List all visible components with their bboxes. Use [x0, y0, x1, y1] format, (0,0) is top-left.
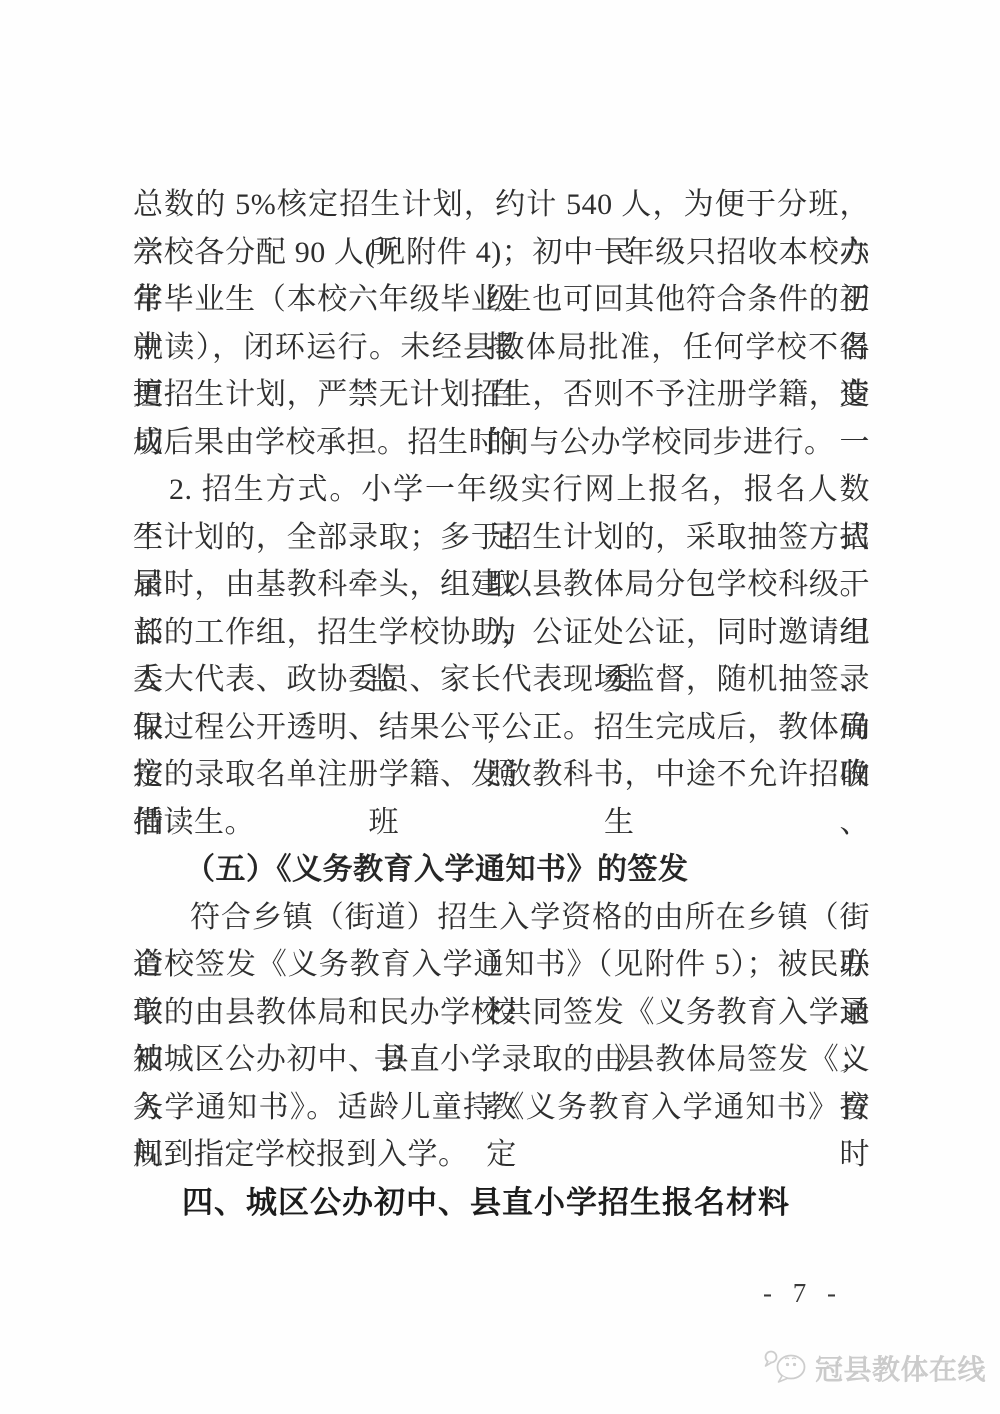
- body-line: 人大代表、政协委员、家长代表现场监督，随机抽签录取，确: [133, 656, 870, 704]
- body-line: 总数的 5%核定招生计划，约计 540 人，为便于分班，六所民办: [133, 181, 870, 229]
- body-line: 就读），闭环运行。未经县教体局批准，任何学校不得擅自变: [133, 324, 870, 372]
- body-line: 长的工作组，招生学校协助，公证处公证，同时邀请纪委监委、: [133, 609, 870, 657]
- section-heading: 四、城区公办初中、县直小学招生报名材料: [133, 1179, 870, 1227]
- body-line: 常毕业生（本校六年级毕业生也可回其他符合条件的初中报名: [133, 276, 870, 324]
- body-line: 2. 招生方式。小学一年级实行网上报名，报名人数不足招: [133, 466, 870, 514]
- subsection-heading: （五）《义务教育入学通知书》的签发: [133, 846, 870, 894]
- body-line: 更招生计划，严禁无计划招生，否则不予注册学籍，造成的一: [133, 371, 870, 419]
- body-line: 切后果由学校承担。招生时间与公办学校同步进行。: [133, 419, 870, 467]
- wechat-mascot-icon: [762, 1344, 810, 1391]
- body-line: 保过程公开透明、结果公平公正。招生完成后，教体局按照确: [133, 704, 870, 752]
- document-body: 总数的 5%核定招生计划，约计 540 人，为便于分班，六所民办 学校各分配 9…: [133, 181, 870, 1226]
- watermark: 冠县教体在线: [762, 1344, 986, 1391]
- body-line: 合校签发《义务教育入学通知书》（见附件 5）；被民办学校录: [133, 941, 870, 989]
- body-line: 定的录取名单注册学籍、发放教科书，中途不允许招收插班生、: [133, 751, 870, 799]
- body-line: 学校各分配 90 人(见附件 4)；初中一年级只招收本校六年级正: [133, 229, 870, 277]
- body-line: 符合乡镇（街道）招生入学资格的由所在乡镇（街道）联: [133, 894, 870, 942]
- page-number: - 7 -: [763, 1278, 843, 1309]
- watermark-label: 冠县教体在线: [815, 1348, 986, 1388]
- body-line: 生计划的，全部录取；多于招生计划的，采取抽签方式录取。: [133, 514, 870, 562]
- body-line: 被城区公办初中、县直小学录取的由县教体局签发《义务教育: [133, 1036, 870, 1084]
- body-line: 取的由县教体局和民办学校共同签发《义务教育入学通知书》；: [133, 989, 870, 1037]
- body-line: 入学通知书》。适龄儿童持《义务教育入学通知书》按规定时: [133, 1084, 870, 1132]
- body-line: 届时，由基教科牵头，组建以县教体局分包学校科级干部为组: [133, 561, 870, 609]
